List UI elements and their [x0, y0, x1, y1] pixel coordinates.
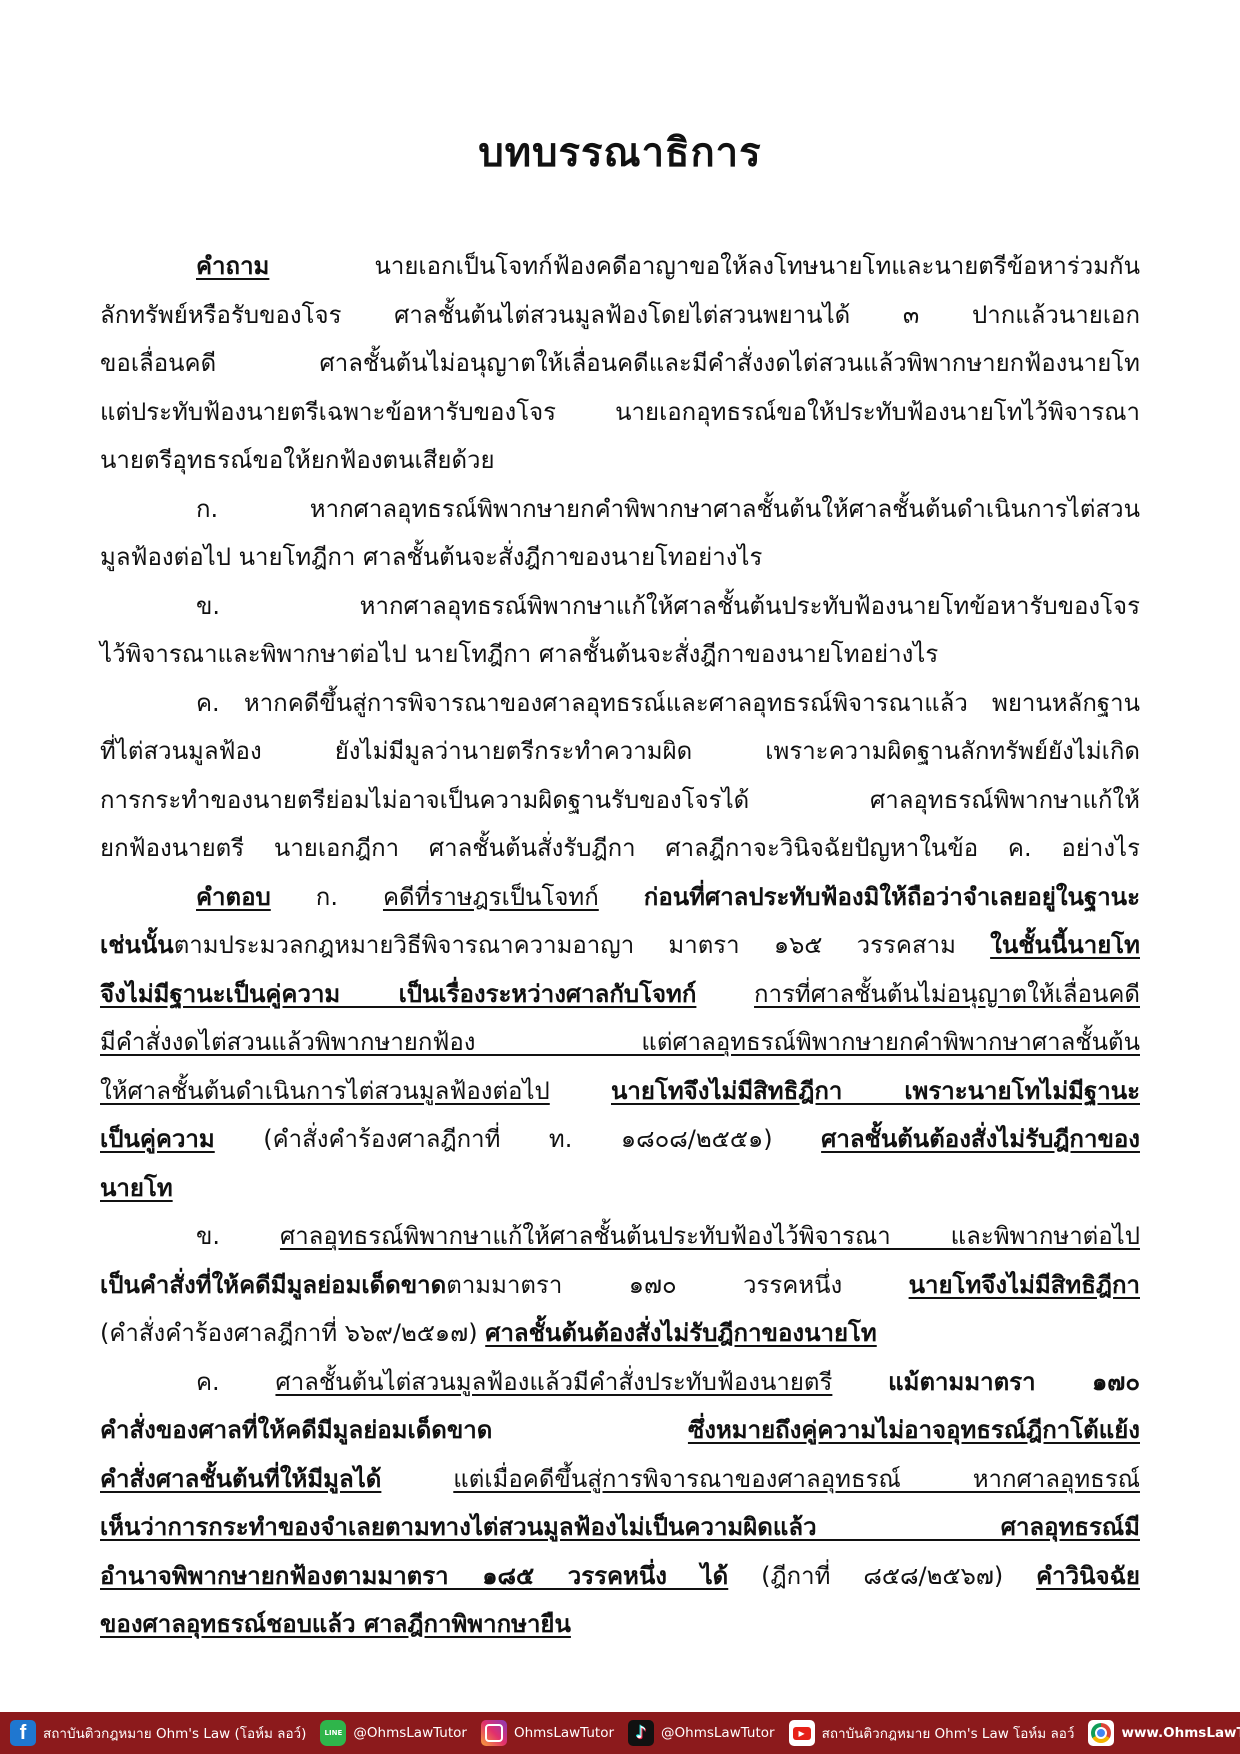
answer-item-a: คำตอบ ก. คดีที่ราษฎรเป็นโจทก์ ก่อนที่ศาล…: [100, 873, 1140, 1213]
question-item-c: ค. หากคดีขึ้นสู่การพิจารณาของศาลอุทธรณ์แ…: [100, 679, 1140, 873]
line-icon: LINE: [320, 1720, 346, 1746]
footer-youtube-link[interactable]: ▶ สถาบันติวกฎหมาย Ohm's Law โอห์ม ลอว์: [789, 1720, 1075, 1746]
question-line: คำถาม นายเอกเป็นโจทก์ฟ้องคดีอาญาขอให้ลงโ…: [100, 242, 1140, 291]
question-line: แต่ประทับฟ้องนายตรีเฉพาะข้อหารับของโจร น…: [100, 388, 1140, 437]
footer-instagram-link[interactable]: OhmsLawTutor: [481, 1720, 614, 1746]
answer-item-b: ข. ศาลอุทธรณ์พิพากษาแก้ให้ศาลชั้นต้นประท…: [100, 1212, 1140, 1358]
document-title: บทบรรณาธิการ: [0, 120, 1240, 184]
question-line: ลักทรัพย์หรือรับของโจร ศาลชั้นต้นไต่สวนม…: [100, 291, 1140, 340]
youtube-icon: ▶: [789, 1720, 815, 1746]
item-marker: ข.: [196, 592, 220, 620]
question-item-a: ก. หากศาลอุทธรณ์พิพากษายกคำพิพากษาศาลชั้…: [100, 485, 1140, 582]
facebook-icon: f: [10, 1720, 36, 1746]
question-section: คำถาม นายเอกเป็นโจทก์ฟ้องคดีอาญาขอให้ลงโ…: [100, 242, 1140, 873]
footer-line-link[interactable]: LINE @OhmsLawTutor: [320, 1720, 467, 1746]
question-line: ขอเลื่อนคดี ศาลชั้นต้นไม่อนุญาตให้เลื่อน…: [100, 339, 1140, 388]
social-footer-bar: f สถาบันติวกฎหมาย Ohm's Law (โอห์ม ลอว์)…: [0, 1712, 1240, 1754]
footer-tiktok-link[interactable]: ♪ @OhmsLawTutor: [628, 1720, 775, 1746]
tiktok-icon: ♪: [628, 1720, 654, 1746]
question-item-b: ข. หากศาลอุทธรณ์พิพากษาแก้ให้ศาลชั้นต้นป…: [100, 582, 1140, 679]
chrome-icon: [1088, 1720, 1114, 1746]
item-marker: ค.: [196, 689, 220, 717]
document-body: คำถาม นายเอกเป็นโจทก์ฟ้องคดีอาญาขอให้ลงโ…: [100, 242, 1140, 1649]
question-line: นายตรีอุทธรณ์ขอให้ยกฟ้องตนเสียด้วย: [100, 436, 1140, 485]
footer-website-link[interactable]: www.OhmsLawTutor.com: [1088, 1720, 1240, 1746]
question-label: คำถาม: [196, 252, 269, 280]
answer-item-c: ค. ศาลชั้นต้นไต่สวนมูลฟ้องแล้วมีคำสั่งปร…: [100, 1358, 1140, 1649]
item-marker: ก.: [196, 495, 218, 523]
instagram-icon: [481, 1720, 507, 1746]
answer-label: คำตอบ: [196, 883, 271, 911]
footer-facebook-link[interactable]: f สถาบันติวกฎหมาย Ohm's Law (โอห์ม ลอว์): [10, 1720, 306, 1746]
answer-section: คำตอบ ก. คดีที่ราษฎรเป็นโจทก์ ก่อนที่ศาล…: [100, 873, 1140, 1649]
